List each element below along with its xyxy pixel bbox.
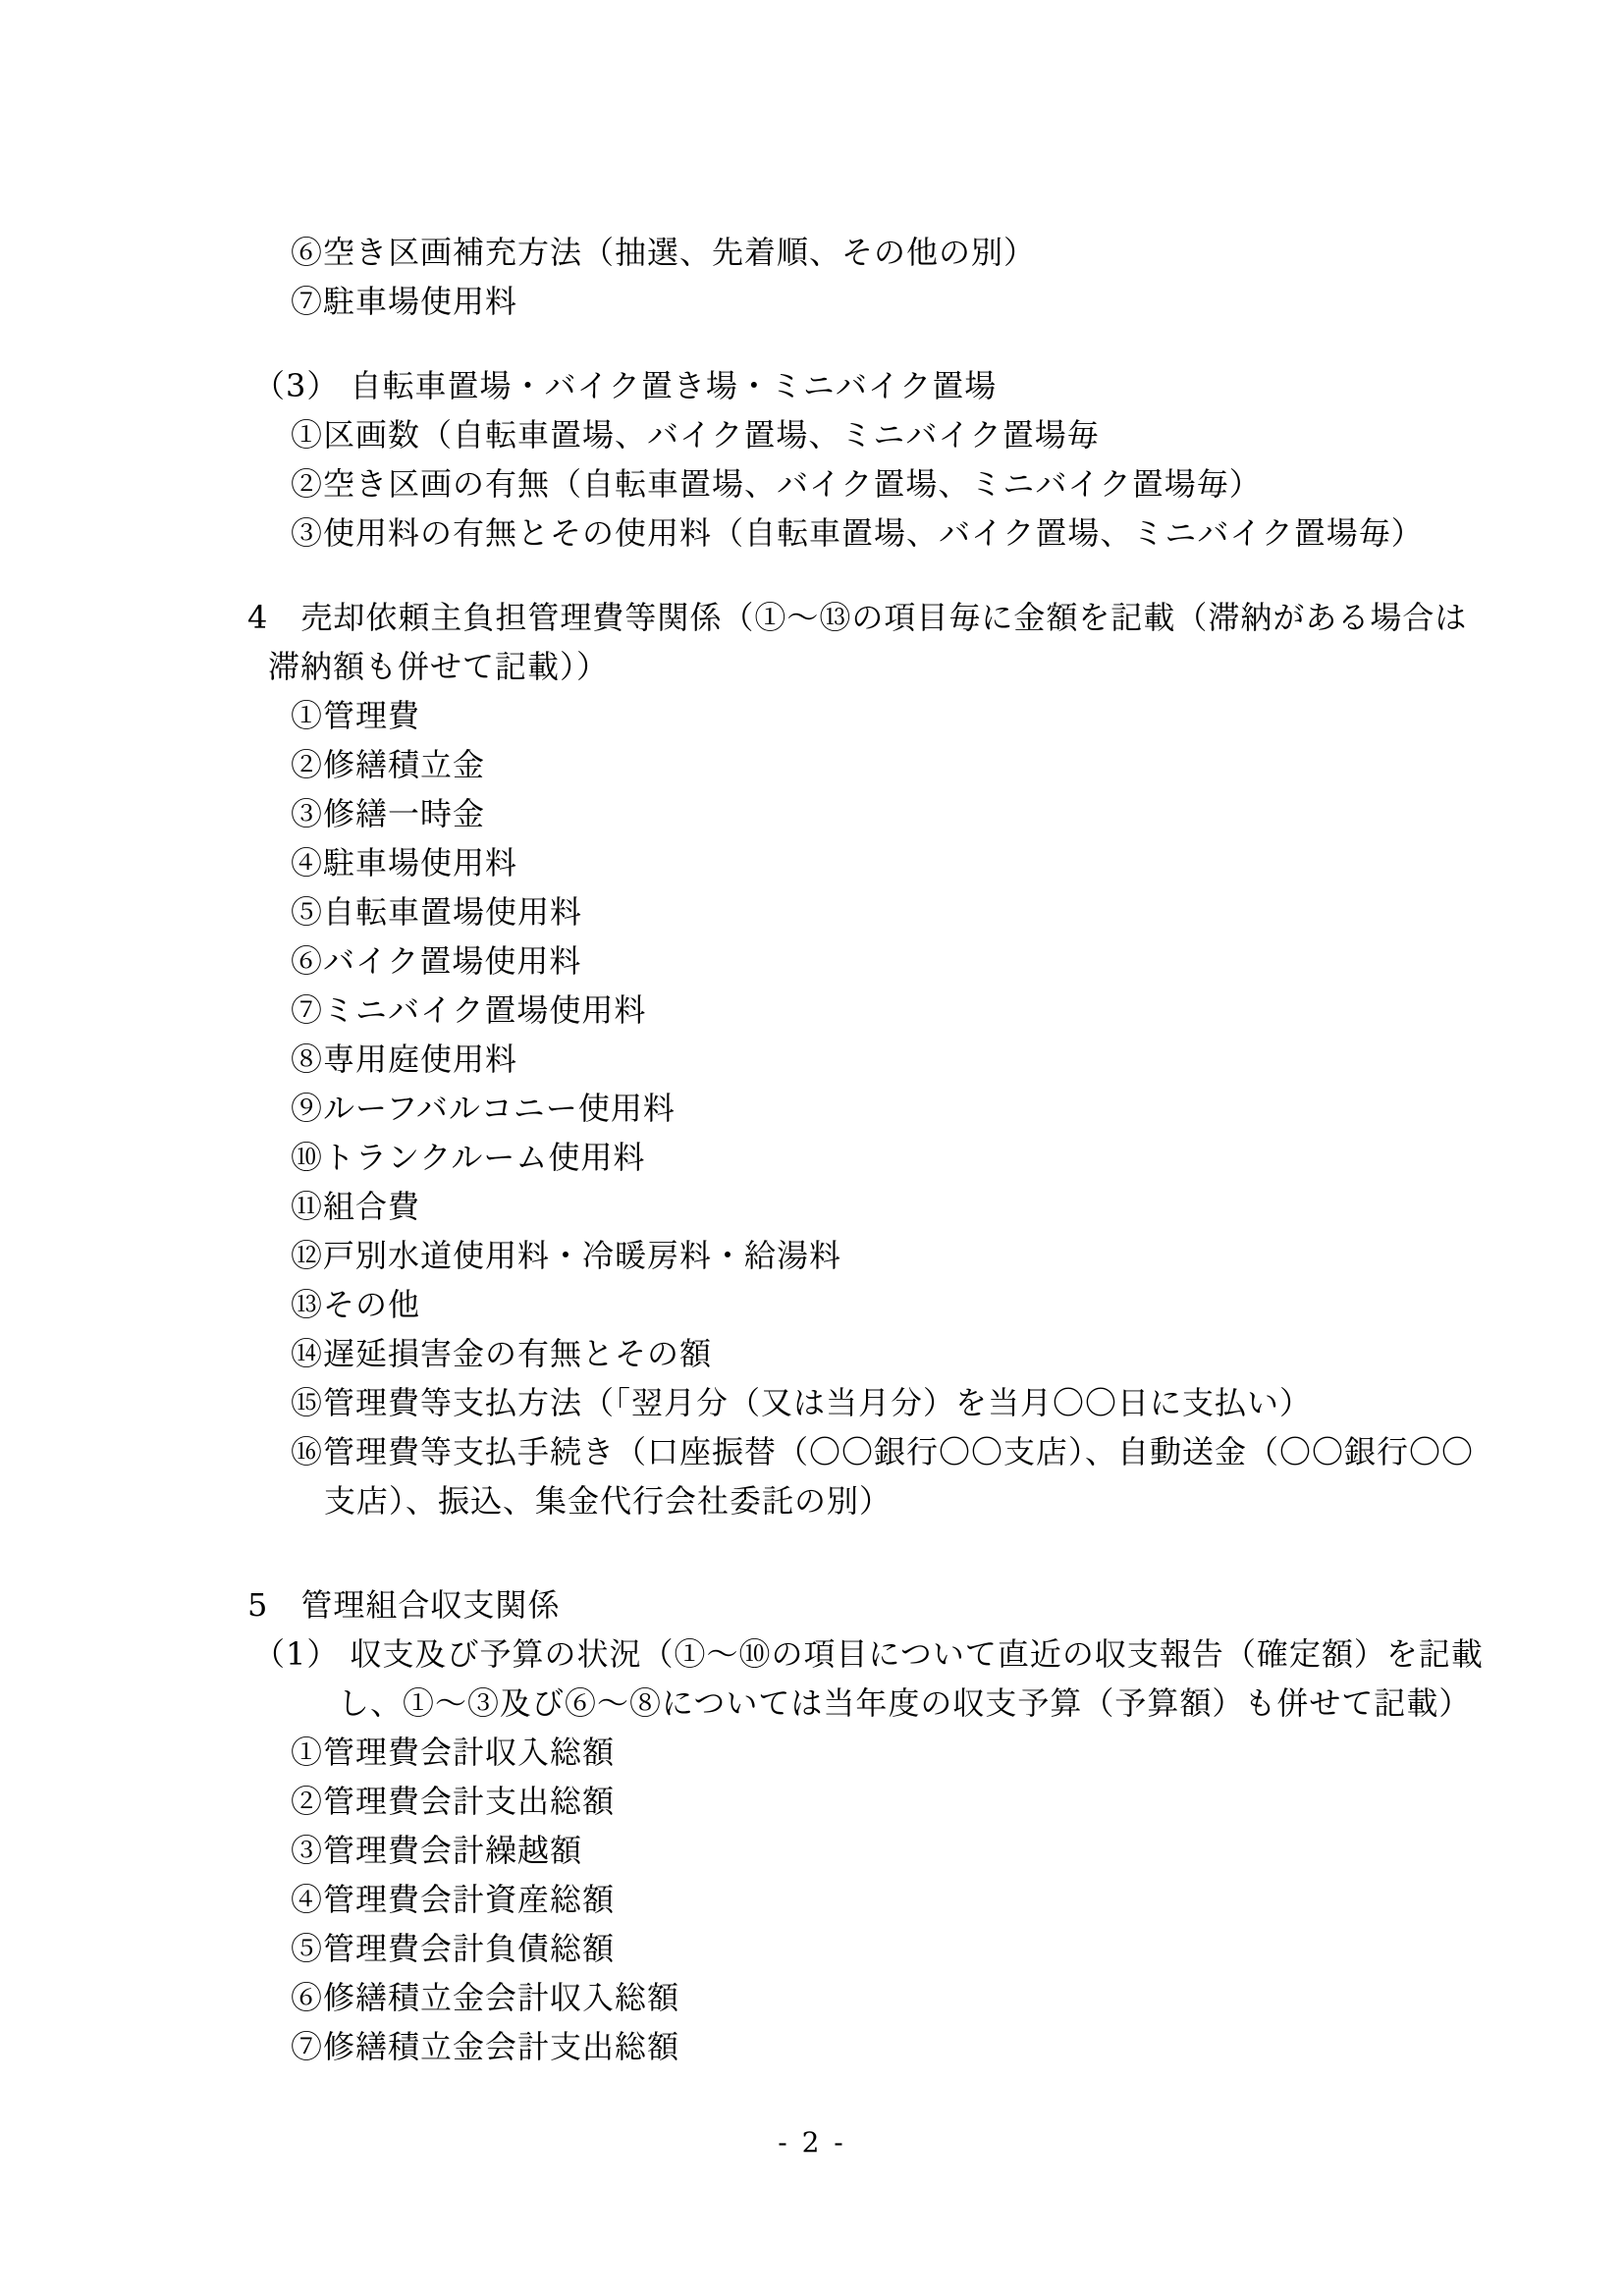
text-line: し、①～③及び⑥～⑧については当年度の収支予算（予算額）も併せて記載） <box>247 1679 1565 1728</box>
text-line: ⑧専用庭使用料 <box>247 1035 1565 1084</box>
text-line: （1） 収支及び予算の状況（①～⑩の項目について直近の収支報告（確定額）を記載 <box>247 1629 1565 1679</box>
text-line: （3） 自転車置場・バイク置き場・ミニバイク置場 <box>247 361 1565 410</box>
text-line: ④管理費会計資産総額 <box>247 1875 1565 1924</box>
text-line: ⑫戸別水道使用料・冷暖房料・給湯料 <box>247 1231 1565 1280</box>
text-line: ③管理費会計繰越額 <box>247 1826 1565 1875</box>
blank-line <box>247 1525 1565 1580</box>
text-line: ②空き区画の有無（自転車置場、バイク置場、ミニバイク置場毎） <box>247 459 1565 508</box>
text-line: ⑭遅延損害金の有無とその額 <box>247 1329 1565 1378</box>
text-line: ⑨ルーフバルコニー使用料 <box>247 1084 1565 1133</box>
text-line: ⑥修繕積立金会計収入総額 <box>247 1973 1565 2022</box>
text-line: ⑮管理費等支払方法（「翌月分（又は当月分）を当月〇〇日に支払い） <box>247 1378 1565 1427</box>
blank-line <box>247 558 1565 593</box>
text-line: ⑬その他 <box>247 1280 1565 1329</box>
text-line: ⑦駐車場使用料 <box>247 277 1565 326</box>
blank-line <box>247 326 1565 361</box>
text-line: 滞納額も併せて記載）） <box>247 642 1565 691</box>
text-line: ②管理費会計支出総額 <box>247 1777 1565 1826</box>
text-line: ⑥バイク置場使用料 <box>247 936 1565 986</box>
text-line: ⑥空き区画補充方法（抽選、先着順、その他の別） <box>247 228 1565 277</box>
text-line: 支店）、振込、集金代行会社委託の別） <box>247 1476 1565 1525</box>
text-line: 5 管理組合収支関係 <box>247 1580 1565 1629</box>
text-line: ⑤管理費会計負債総額 <box>247 1924 1565 1973</box>
text-line: ⑦修繕積立金会計支出総額 <box>247 2022 1565 2071</box>
text-line: ③使用料の有無とその使用料（自転車置場、バイク置場、ミニバイク置場毎） <box>247 508 1565 558</box>
text-line: ④駐車場使用料 <box>247 838 1565 887</box>
page-number: - 2 - <box>0 2126 1624 2160</box>
document-page: ⑥空き区画補充方法（抽選、先着順、その他の別）⑦駐車場使用料（3） 自転車置場・… <box>0 0 1624 2296</box>
document-body: ⑥空き区画補充方法（抽選、先着順、その他の別）⑦駐車場使用料（3） 自転車置場・… <box>247 228 1565 2071</box>
text-line: 4 売却依頼主負担管理費等関係（①～⑬の項目毎に金額を記載（滞納がある場合は <box>247 593 1565 642</box>
text-line: ③修繕一時金 <box>247 789 1565 838</box>
text-line: ⑯管理費等支払手続き（口座振替（〇〇銀行〇〇支店）、自動送金（〇〇銀行〇〇 <box>247 1427 1565 1476</box>
text-line: ⑪組合費 <box>247 1182 1565 1231</box>
text-line: ①管理費 <box>247 691 1565 740</box>
text-line: ⑩トランクルーム使用料 <box>247 1133 1565 1182</box>
text-line: ①区画数（自転車置場、バイク置場、ミニバイク置場毎 <box>247 410 1565 459</box>
text-line: ⑤自転車置場使用料 <box>247 887 1565 936</box>
text-line: ②修繕積立金 <box>247 740 1565 789</box>
text-line: ①管理費会計収入総額 <box>247 1728 1565 1777</box>
text-line: ⑦ミニバイク置場使用料 <box>247 986 1565 1035</box>
